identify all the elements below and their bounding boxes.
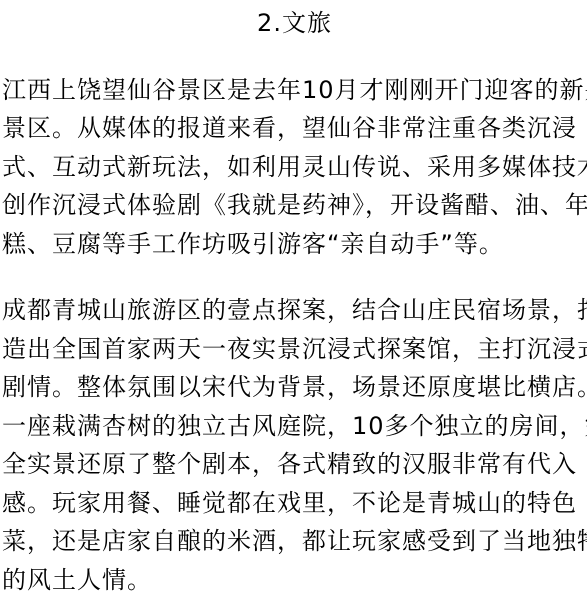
paragraph-line: 江西上饶望仙谷景区是去年10月才刚刚开门迎客的新兴 <box>2 71 587 110</box>
paragraph-line: 造出全国首家两天一夜实景沉浸式探案馆，主打沉浸式 <box>2 330 587 369</box>
paragraph-line: 的风土人情。 <box>2 561 587 596</box>
paragraph-line: 菜，还是店家自酿的米酒，都让玩家感受到了当地独特 <box>2 522 587 561</box>
paragraph-line: 一座栽满杏树的独立古风庭院，10多个独立的房间，完 <box>2 407 587 446</box>
page-title: 2.文旅 <box>2 4 587 43</box>
paragraph-line: 式、互动式新玩法，如利用灵山传说、采用多媒体技术 <box>2 148 587 187</box>
paragraph-line: 全实景还原了整个剧本，各式精致的汉服非常有代入 <box>2 445 587 484</box>
paragraph-line: 糕、豆腐等手工作坊吸引游客“亲自动手”等。 <box>2 225 587 264</box>
paragraph-2: 成都青城山旅游区的壹点探案，结合山庄民宿场景，打 造出全国首家两天一夜实景沉浸式… <box>2 291 587 596</box>
paragraph-1: 江西上饶望仙谷景区是去年10月才刚刚开门迎客的新兴 景区。从媒体的报道来看，望仙… <box>2 71 587 264</box>
paragraph-line: 感。玩家用餐、睡觉都在戏里，不论是青城山的特色 <box>2 484 587 523</box>
paragraph-line: 景区。从媒体的报道来看，望仙谷非常注重各类沉浸 <box>2 109 587 148</box>
paragraph-line: 创作沉浸式体验剧《我就是药神》，开设酱醋、油、年 <box>2 186 587 225</box>
article: 2.文旅 江西上饶望仙谷景区是去年10月才刚刚开门迎客的新兴 景区。从媒体的报道… <box>0 0 587 596</box>
paragraph-line: 剧情。整体氛围以宋代为背景，场景还原度堪比横店。 <box>2 368 587 407</box>
paragraph-line: 成都青城山旅游区的壹点探案，结合山庄民宿场景，打 <box>2 291 587 330</box>
